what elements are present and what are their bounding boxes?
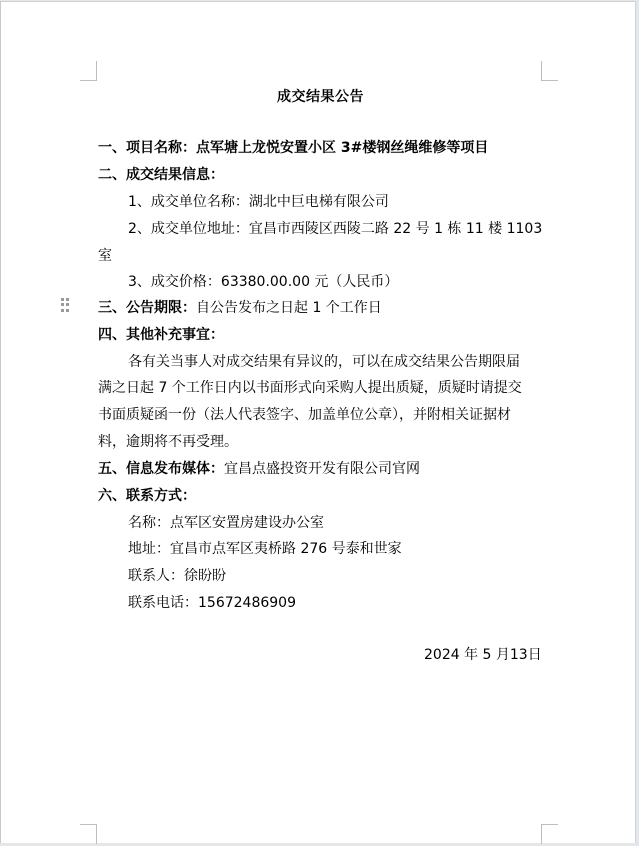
result-item-address-cont: 室 [98, 246, 112, 266]
section-contact-heading: 六、联系方式： [98, 486, 196, 506]
document-page: 成交结果公告 一、项目名称：点军塘上龙悦安置小区 3#楼钢丝绳维修等项目 二、成… [0, 1, 636, 843]
section-notice-period: 三、公告期限：自公告发布之日起 1 个工作日 [98, 298, 382, 318]
margin-corner-bottom-left [80, 824, 97, 844]
margin-corner-bottom-right [541, 824, 558, 844]
section-other-heading: 四、其他补充事宜： [98, 325, 224, 345]
media-heading: 五、信息发布媒体： [98, 461, 224, 477]
other-line-2: 满之日起 7 个工作日内以书面形式向采购人提出质疑，质疑时请提交 [98, 378, 522, 398]
other-line-1: 各有关当事人对成交结果有异议的，可以在成交结果公告期限届 [128, 352, 520, 372]
announcement-date: 2024 年 5 月13日 [424, 645, 542, 665]
drag-handle-icon[interactable] [61, 298, 69, 312]
margin-corner-top-left [80, 61, 97, 81]
notice-period-heading: 三、公告期限： [98, 300, 196, 316]
section-result-heading: 二、成交结果信息： [98, 165, 224, 185]
document-title: 成交结果公告 [1, 86, 639, 106]
notice-period-text: 自公告发布之日起 1 个工作日 [196, 300, 382, 316]
section-project-name: 一、项目名称：点军塘上龙悦安置小区 3#楼钢丝绳维修等项目 [98, 138, 488, 158]
result-item-price: 3、成交价格：63380.00.00 元（人民币） [128, 272, 398, 292]
other-line-4: 料，逾期将不再受理。 [98, 432, 238, 452]
media-text: 宜昌点盛投资开发有限公司官网 [224, 461, 420, 477]
result-item-address: 2、成交单位地址：宜昌市西陵区西陵二路 22 号 1 栋 11 楼 1103 [128, 219, 542, 239]
contact-phone: 联系电话：15672486909 [128, 593, 296, 613]
other-line-3: 书面质疑函一份（法人代表签字、加盖单位公章），并附相关证据材 [98, 405, 511, 425]
section-media: 五、信息发布媒体：宜昌点盛投资开发有限公司官网 [98, 459, 420, 479]
contact-person: 联系人：徐盼盼 [128, 566, 226, 586]
margin-corner-top-right [541, 61, 558, 81]
contact-name: 名称：点军区安置房建设办公室 [128, 513, 324, 533]
result-item-company: 1、成交单位名称：湖北中巨电梯有限公司 [128, 192, 389, 212]
contact-address: 地址：宜昌市点军区夷桥路 276 号泰和世家 [128, 539, 402, 559]
